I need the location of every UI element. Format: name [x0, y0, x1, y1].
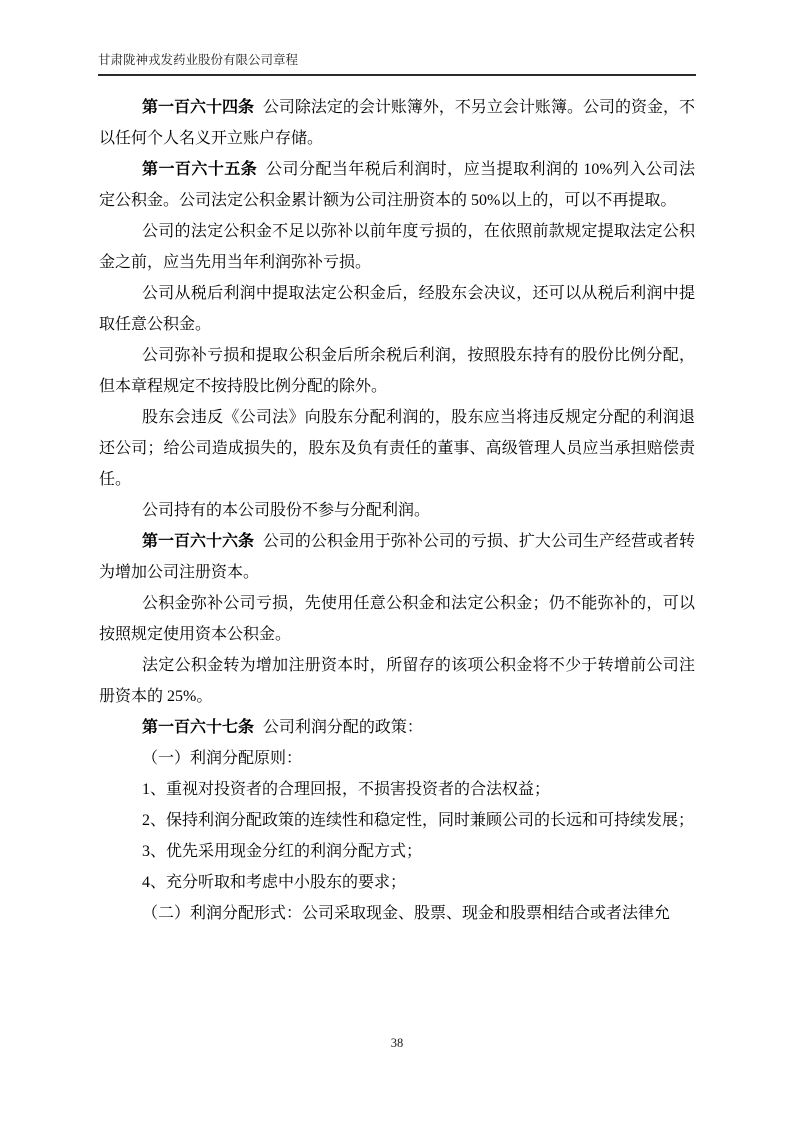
paragraph: 股东会违反《公司法》向股东分配利润的，股东应当将违反规定分配的利润退还公司；给公… — [99, 402, 695, 495]
paragraph-text: （二）利润分配形式：公司采取现金、股票、现金和股票相结合或者法律允 — [142, 905, 670, 922]
paragraph-text: 公司从税后利润中提取法定公积金后，经股东会决议，还可以从税后利润中提取任意公积金… — [99, 285, 695, 333]
paragraph: 法定公积金转为增加注册资本时，所留存的该项公积金将不少于转增前公司注册资本的 2… — [99, 650, 695, 712]
article-number: 第一百六十四条 — [142, 99, 254, 116]
paragraph: 第一百六十六条公司的公积金用于弥补公司的亏损、扩大公司生产经营或者转为增加公司注… — [99, 526, 695, 588]
paragraph: 第一百六十七条公司利润分配的政策： — [99, 712, 695, 743]
paragraph-text: （一）利润分配原则： — [142, 750, 302, 767]
paragraph: （二）利润分配形式：公司采取现金、股票、现金和股票相结合或者法律允 — [99, 898, 695, 929]
paragraph-text: 法定公积金转为增加注册资本时，所留存的该项公积金将不少于转增前公司注册资本的 2… — [99, 657, 695, 705]
paragraph-text: 公积金弥补公司亏损，先使用任意公积金和法定公积金；仍不能弥补的，可以按照规定使用… — [99, 595, 695, 643]
page-header: 甘肃陇神戎发药业股份有限公司章程 — [98, 50, 696, 76]
paragraph: 2、保持利润分配政策的连续性和稳定性，同时兼顾公司的长远和可持续发展； — [99, 805, 695, 836]
article-number: 第一百六十五条 — [142, 161, 257, 178]
paragraph-text: 4、充分听取和考虑中小股东的要求； — [142, 874, 406, 891]
paragraph: 公司持有的本公司股份不参与分配利润。 — [99, 495, 695, 526]
article-number: 第一百六十七条 — [142, 719, 254, 736]
document-body: 第一百六十四条公司除法定的会计账簿外，不另立会计账簿。公司的资金，不以任何个人名… — [99, 92, 695, 929]
paragraph-text: 公司弥补亏损和提取公积金后所余税后利润，按照股东持有的股份比例分配，但本章程规定… — [99, 347, 695, 395]
paragraph: 3、优先采用现金分红的利润分配方式； — [99, 836, 695, 867]
paragraph: 第一百六十五条公司分配当年税后利润时，应当提取利润的 10%列入公司法定公积金。… — [99, 154, 695, 216]
paragraph: 公司从税后利润中提取法定公积金后，经股东会决议，还可以从税后利润中提取任意公积金… — [99, 278, 695, 340]
paragraph: 公司弥补亏损和提取公积金后所余税后利润，按照股东持有的股份比例分配，但本章程规定… — [99, 340, 695, 402]
paragraph: 第一百六十四条公司除法定的会计账簿外，不另立会计账簿。公司的资金，不以任何个人名… — [99, 92, 695, 154]
paragraph-text: 股东会违反《公司法》向股东分配利润的，股东应当将违反规定分配的利润退还公司；给公… — [99, 409, 695, 488]
document-page: 甘肃陇神戎发药业股份有限公司章程 第一百六十四条公司除法定的会计账簿外，不另立会… — [0, 0, 794, 1122]
page-number: 38 — [391, 1036, 404, 1050]
paragraph-text: 公司的法定公积金不足以弥补以前年度亏损的，在依照前款规定提取法定公积金之前，应当… — [99, 223, 695, 271]
page-footer: 38 — [0, 1036, 794, 1051]
header-title: 甘肃陇神戎发药业股份有限公司章程 — [98, 53, 298, 67]
paragraph: 公司的法定公积金不足以弥补以前年度亏损的，在依照前款规定提取法定公积金之前，应当… — [99, 216, 695, 278]
paragraph: （一）利润分配原则： — [99, 743, 695, 774]
paragraph-text: 公司利润分配的政策： — [263, 719, 423, 736]
paragraph-text: 3、优先采用现金分红的利润分配方式； — [142, 843, 422, 860]
paragraph-text: 2、保持利润分配政策的连续性和稳定性，同时兼顾公司的长远和可持续发展； — [142, 812, 694, 829]
paragraph-text: 公司持有的本公司股份不参与分配利润。 — [142, 502, 430, 519]
paragraph-text: 1、重视对投资者的合理回报，不损害投资者的合法权益； — [142, 781, 550, 798]
paragraph: 1、重视对投资者的合理回报，不损害投资者的合法权益； — [99, 774, 695, 805]
article-number: 第一百六十六条 — [142, 533, 254, 550]
paragraph: 4、充分听取和考虑中小股东的要求； — [99, 867, 695, 898]
paragraph: 公积金弥补公司亏损，先使用任意公积金和法定公积金；仍不能弥补的，可以按照规定使用… — [99, 588, 695, 650]
